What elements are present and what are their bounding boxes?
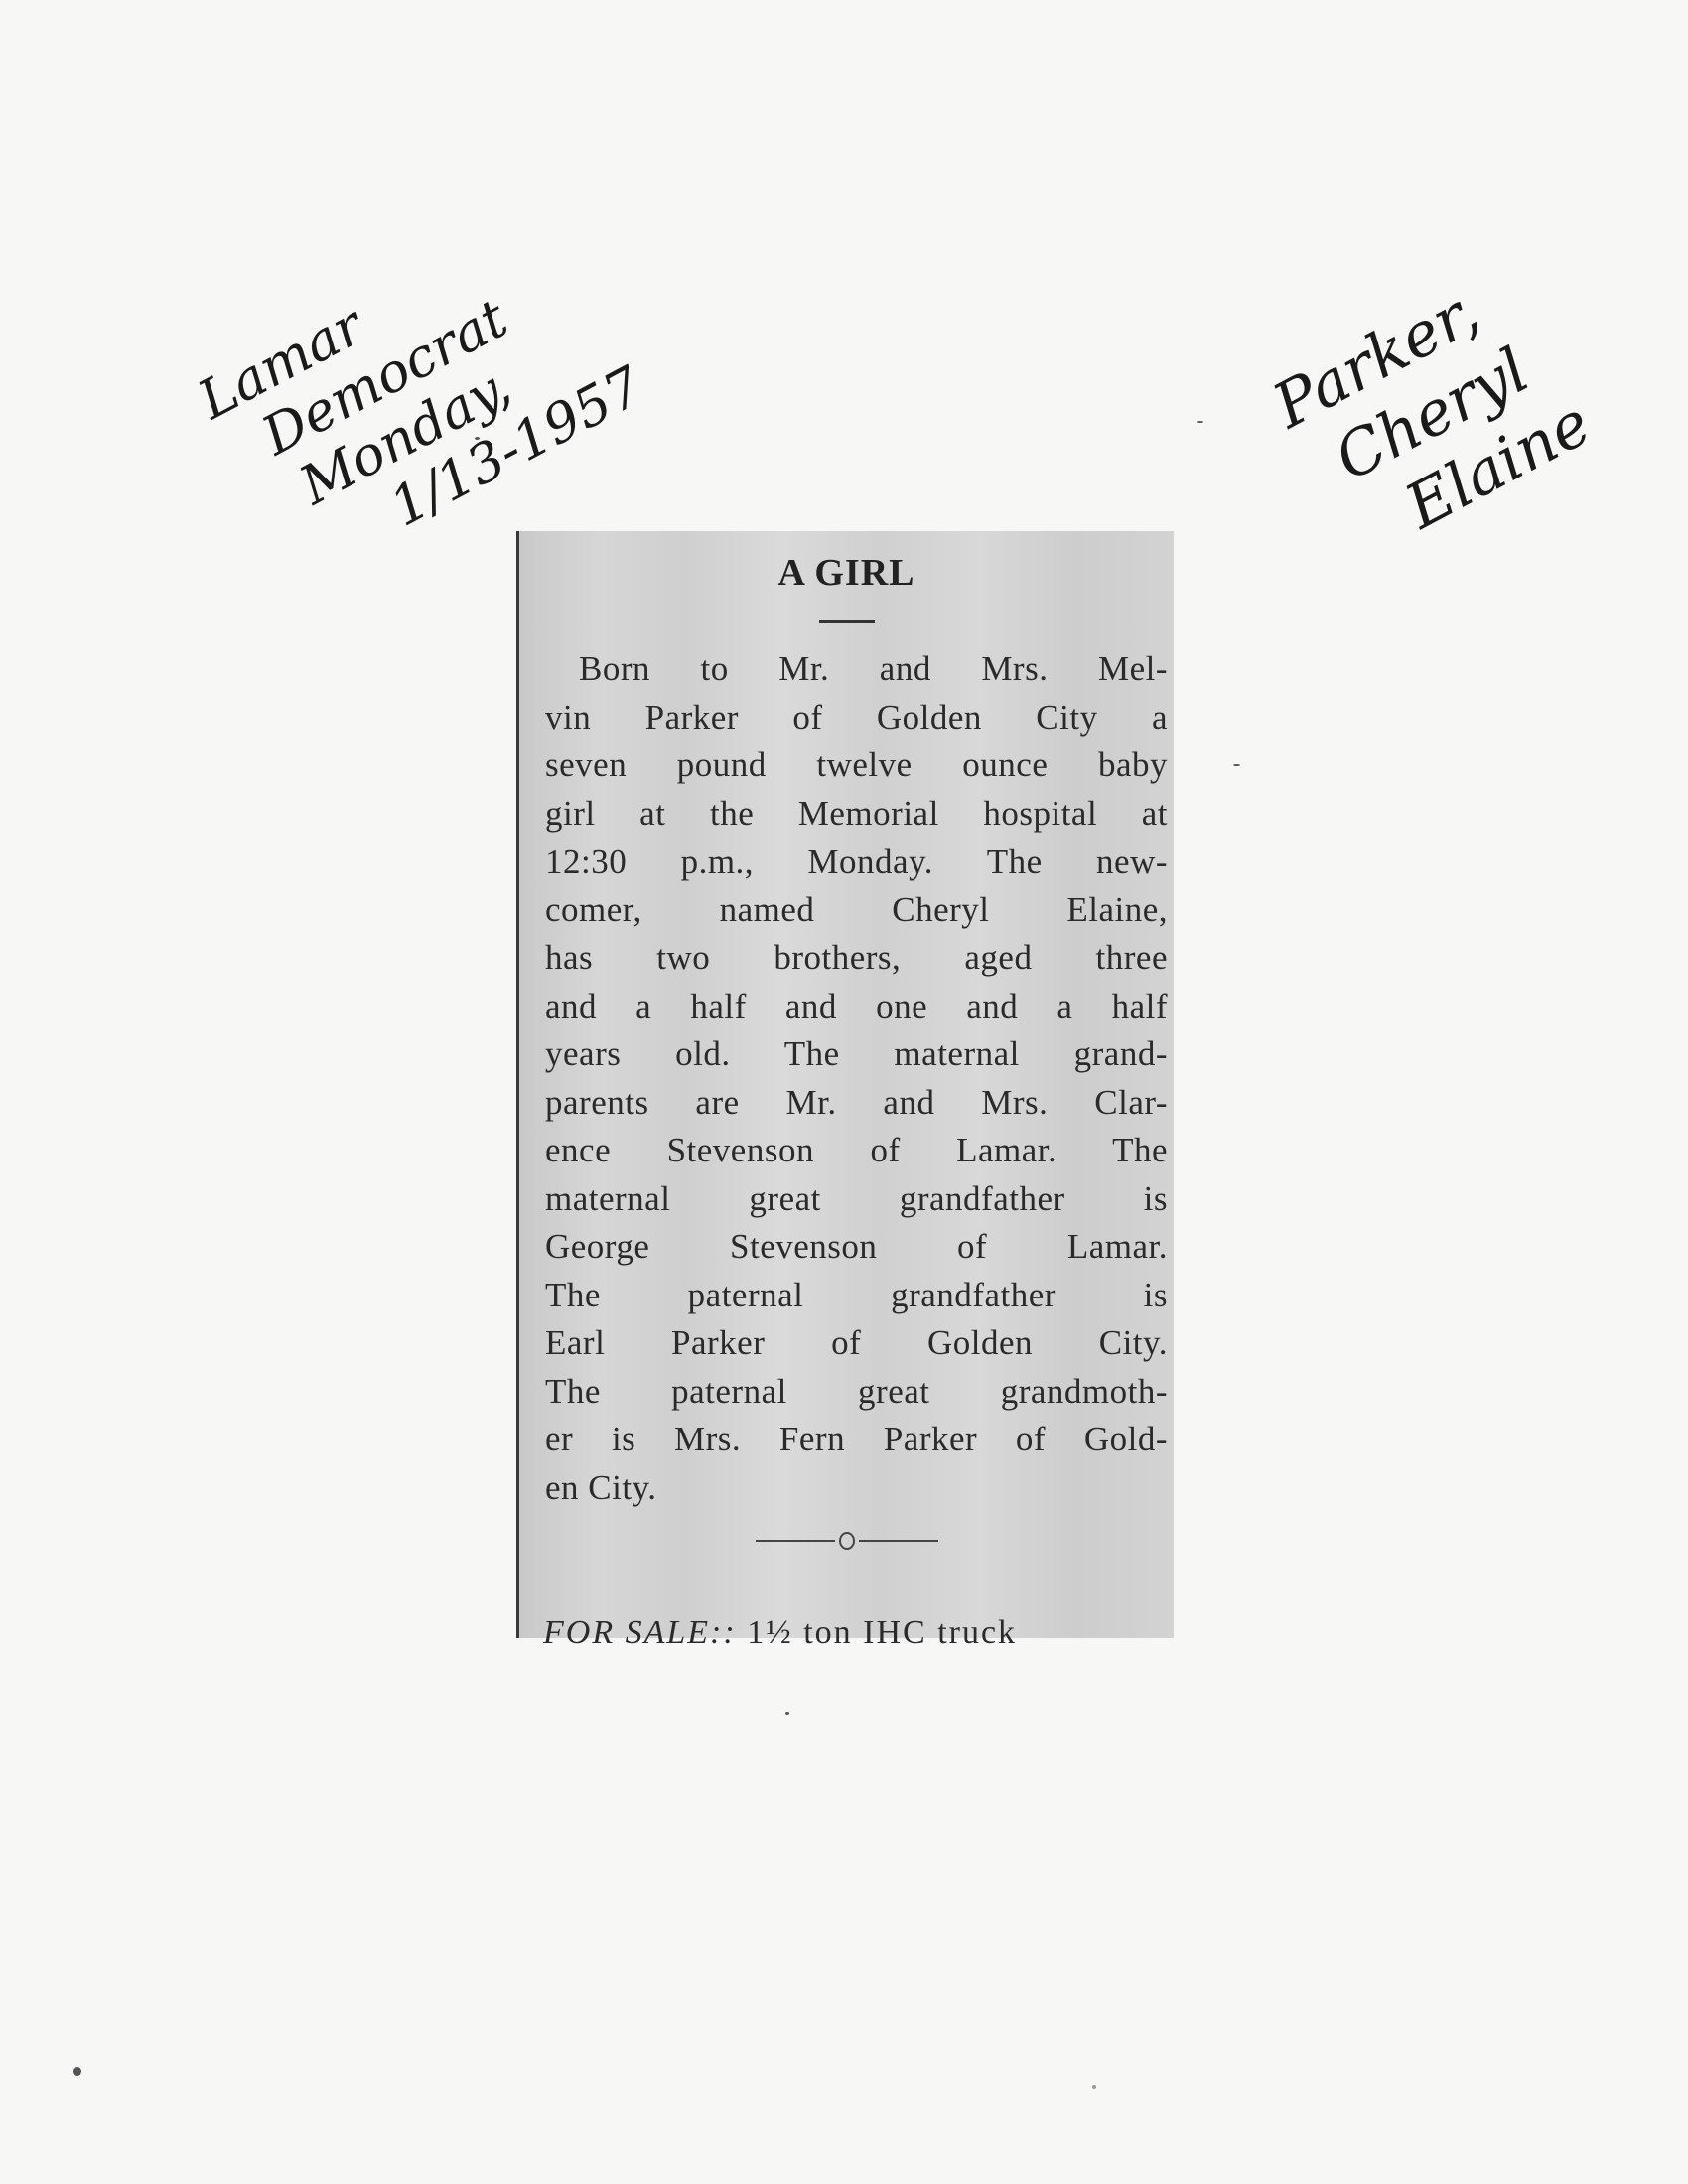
scan-speck bbox=[1197, 421, 1203, 423]
separator-circle bbox=[839, 1532, 855, 1550]
end-separator bbox=[519, 1532, 1174, 1550]
scan-speck bbox=[1092, 2085, 1096, 2089]
newspaper-clipping: A GIRL Born to Mr. and Mrs. Mel- vin Par… bbox=[516, 531, 1174, 1638]
separator-dash bbox=[859, 1540, 938, 1542]
scan-speck bbox=[475, 437, 480, 440]
scan-speck bbox=[785, 1712, 789, 1715]
body-line: ence Stevenson of Lamar. The bbox=[545, 1127, 1168, 1175]
body-line: vin Parker of Golden City a bbox=[545, 694, 1168, 743]
clipping-body: Born to Mr. and Mrs. Mel- vin Parker of … bbox=[519, 645, 1174, 1512]
body-line: en City. bbox=[545, 1464, 1168, 1513]
headline-rule bbox=[819, 620, 875, 623]
body-line: 12:30 p.m., Monday. The new- bbox=[545, 838, 1168, 887]
scan-speck bbox=[73, 2067, 81, 2076]
body-line: seven pound twelve ounce baby bbox=[545, 742, 1168, 790]
body-line: Earl Parker of Golden City. bbox=[545, 1319, 1168, 1368]
clipping-headline: A GIRL bbox=[519, 551, 1174, 595]
body-line: George Stevenson of Lamar. bbox=[545, 1223, 1168, 1272]
separator-dash bbox=[756, 1540, 835, 1542]
body-line: Born to Mr. and Mrs. Mel- bbox=[545, 645, 1168, 694]
next-item-fragment: FOR SALE:: 1½ ton IHC truck bbox=[543, 1614, 1017, 1644]
body-line: years old. The maternal grand- bbox=[545, 1030, 1168, 1079]
body-line: The paternal great grandmoth- bbox=[545, 1368, 1168, 1417]
body-line: er is Mrs. Fern Parker of Gold- bbox=[545, 1416, 1168, 1464]
body-line: has two brothers, aged three bbox=[545, 934, 1168, 983]
body-line: and a half and one and a half bbox=[545, 983, 1168, 1031]
next-item-text: 1½ ton IHC truck bbox=[747, 1614, 1017, 1644]
body-line: parents are Mr. and Mrs. Clar- bbox=[545, 1079, 1168, 1128]
body-line: The paternal grandfather is bbox=[545, 1272, 1168, 1320]
body-line: comer, named Cheryl Elaine, bbox=[545, 887, 1168, 935]
body-line: maternal great grandfather is bbox=[545, 1175, 1168, 1224]
handwritten-name-note: Parker, Cheryl Elaine bbox=[1261, 252, 1603, 577]
scan-speck bbox=[1233, 764, 1240, 766]
body-line: girl at the Memorial hospital at bbox=[545, 790, 1168, 839]
next-item-label: FOR SALE:: bbox=[543, 1614, 737, 1644]
